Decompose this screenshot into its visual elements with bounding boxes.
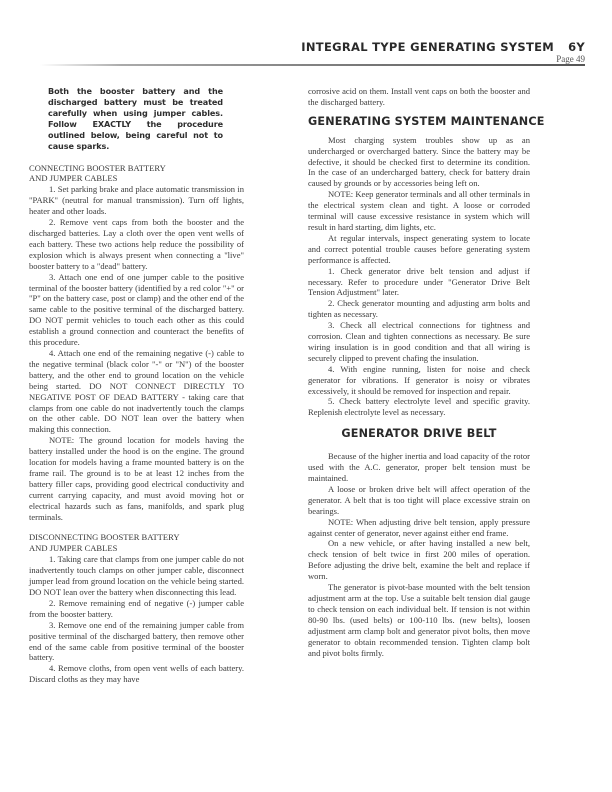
connecting-section: CONNECTING BOOSTER BATTERY AND JUMPER CA…: [29, 163, 244, 523]
drive-belt-note: NOTE: When adjusting drive belt tension,…: [308, 517, 530, 539]
disconnecting-step: 4. Remove cloths, from open vent wells o…: [29, 663, 244, 685]
maintenance-step: 3. Check all electrical connections for …: [308, 320, 530, 364]
maintenance-step: 1. Check generator drive belt tension an…: [308, 266, 530, 299]
drive-belt-section: GENERATOR DRIVE BELT Because of the high…: [308, 429, 530, 658]
connecting-heading-line2: AND JUMPER CABLES: [29, 173, 244, 184]
maintenance-step: 5. Check battery electrolyte level and s…: [308, 396, 530, 418]
page-header: INTEGRAL TYPE GENERATING SYSTEM6Y Page 4…: [301, 40, 585, 64]
connecting-step: 1. Set parking brake and place automatic…: [29, 184, 244, 217]
disconnecting-heading-line1: DISCONNECTING BOOSTER BATTERY: [29, 532, 244, 543]
chapter-title: INTEGRAL TYPE GENERATING SYSTEM: [301, 40, 554, 54]
disconnecting-step: 1. Taking care that clamps from one jump…: [29, 554, 244, 598]
disconnecting-step: 3. Remove one end of the remaining jumpe…: [29, 620, 244, 664]
running-head: INTEGRAL TYPE GENERATING SYSTEM6Y: [301, 40, 585, 54]
disconnecting-heading-line2: AND JUMPER CABLES: [29, 543, 244, 554]
connecting-step: 2. Remove vent caps from both the booste…: [29, 217, 244, 272]
left-column: Both the booster battery and the dischar…: [29, 86, 244, 685]
connecting-heading-line1: CONNECTING BOOSTER BATTERY: [29, 163, 244, 174]
disconnecting-step: 2. Remove remaining end of negative (-) …: [29, 598, 244, 620]
disconnecting-section: DISCONNECTING BOOSTER BATTERY AND JUMPER…: [29, 532, 244, 685]
connecting-step: 4. Attach one end of the remaining negat…: [29, 348, 244, 435]
continued-text: corrosive acid on them. Install vent cap…: [308, 86, 530, 108]
maintenance-paragraph: At regular intervals, inspect generating…: [308, 233, 530, 266]
drive-belt-heading: GENERATOR DRIVE BELT: [308, 429, 530, 440]
caution-note: Both the booster battery and the dischar…: [48, 86, 223, 153]
maintenance-step: 4. With engine running, listen for noise…: [308, 364, 530, 397]
drive-belt-paragraph: On a new vehicle, or after having instal…: [308, 538, 530, 582]
maintenance-section: GENERATING SYSTEM MAINTENANCE Most charg…: [308, 117, 530, 418]
section-number: 6Y: [568, 40, 585, 54]
maintenance-heading: GENERATING SYSTEM MAINTENANCE: [308, 117, 530, 128]
maintenance-note: NOTE: Keep generator terminals and all o…: [308, 189, 530, 233]
right-column: corrosive acid on them. Install vent cap…: [308, 86, 530, 658]
connecting-note: NOTE: The ground location for models hav…: [29, 435, 244, 522]
drive-belt-paragraph: A loose or broken drive belt will affect…: [308, 484, 530, 517]
maintenance-step: 2. Check generator mounting and adjustin…: [308, 298, 530, 320]
drive-belt-paragraph: Because of the higher inertia and load c…: [308, 451, 530, 484]
page-number: Page 49: [301, 54, 585, 64]
drive-belt-paragraph: The generator is pivot-base mounted with…: [308, 582, 530, 658]
connecting-step: 3. Attach one end of one jumper cable to…: [29, 272, 244, 348]
header-rule: [40, 64, 585, 66]
maintenance-paragraph: Most charging system troubles show up as…: [308, 135, 530, 190]
